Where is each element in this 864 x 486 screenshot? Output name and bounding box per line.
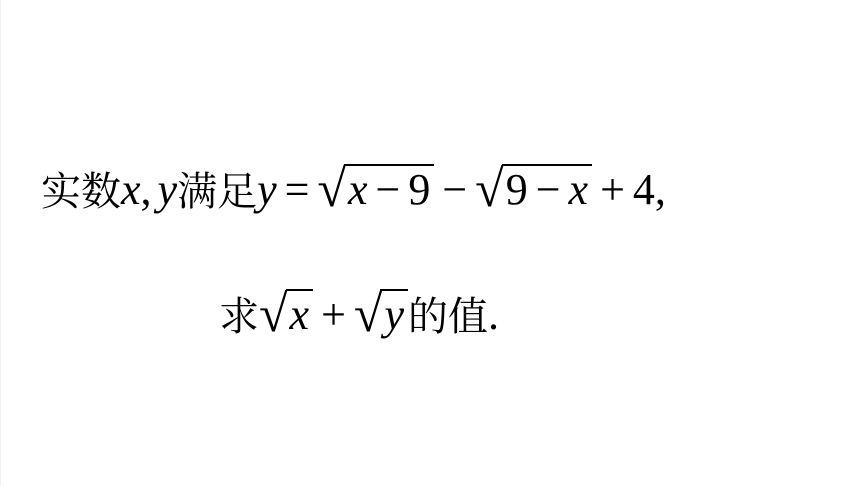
period: . [488,293,499,337]
radicand-term-y: y [384,293,404,337]
radicand-term-x: x [290,293,310,337]
radical-icon: √ [475,164,504,216]
radical-icon: √ [354,289,383,341]
radicand: 9 − x [502,164,592,212]
lhs-variable-y: y [257,168,277,212]
text-real-numbers: 实数 [41,172,121,212]
radicand: x [286,289,314,337]
radical-icon: √ [317,164,346,216]
minus-sign: − [434,168,475,212]
comma: , [141,168,152,212]
document-page: 实数 x , y 满足 y = √ x − 9 − √ 9 − x + 4 , [0,0,864,486]
radicand-term-x: x [348,168,368,212]
sqrt-x-minus-9: √ x − 9 [317,160,434,212]
radicand-term-9: 9 [408,168,430,212]
variable-y: y [158,168,178,212]
radicand: y [380,289,408,337]
text-value-of: 的值 [408,297,488,337]
text-satisfy: 满足 [177,172,257,212]
radicand-term-9: 9 [506,168,528,212]
radicand-term-x: x [569,168,589,212]
text-find: 求 [219,297,259,337]
trailing-comma: , [655,168,666,212]
plus-sign: + [592,168,633,212]
radical-icon: √ [259,289,288,341]
minus-sign: − [528,168,569,212]
sqrt-9-minus-x: √ 9 − x [475,160,592,212]
radicand: x − 9 [344,164,434,212]
constant-4: 4 [633,168,655,212]
problem-statement-line-2: 求 √ x + √ y 的值 . [219,285,499,337]
sqrt-y: √ y [354,285,408,337]
sqrt-x: √ x [259,285,313,337]
problem-statement-line-1: 实数 x , y 满足 y = √ x − 9 − √ 9 − x + 4 , [41,160,666,212]
minus-sign: − [368,168,409,212]
plus-sign: + [313,293,354,337]
variable-x: x [121,168,141,212]
equals-sign: = [277,168,318,212]
